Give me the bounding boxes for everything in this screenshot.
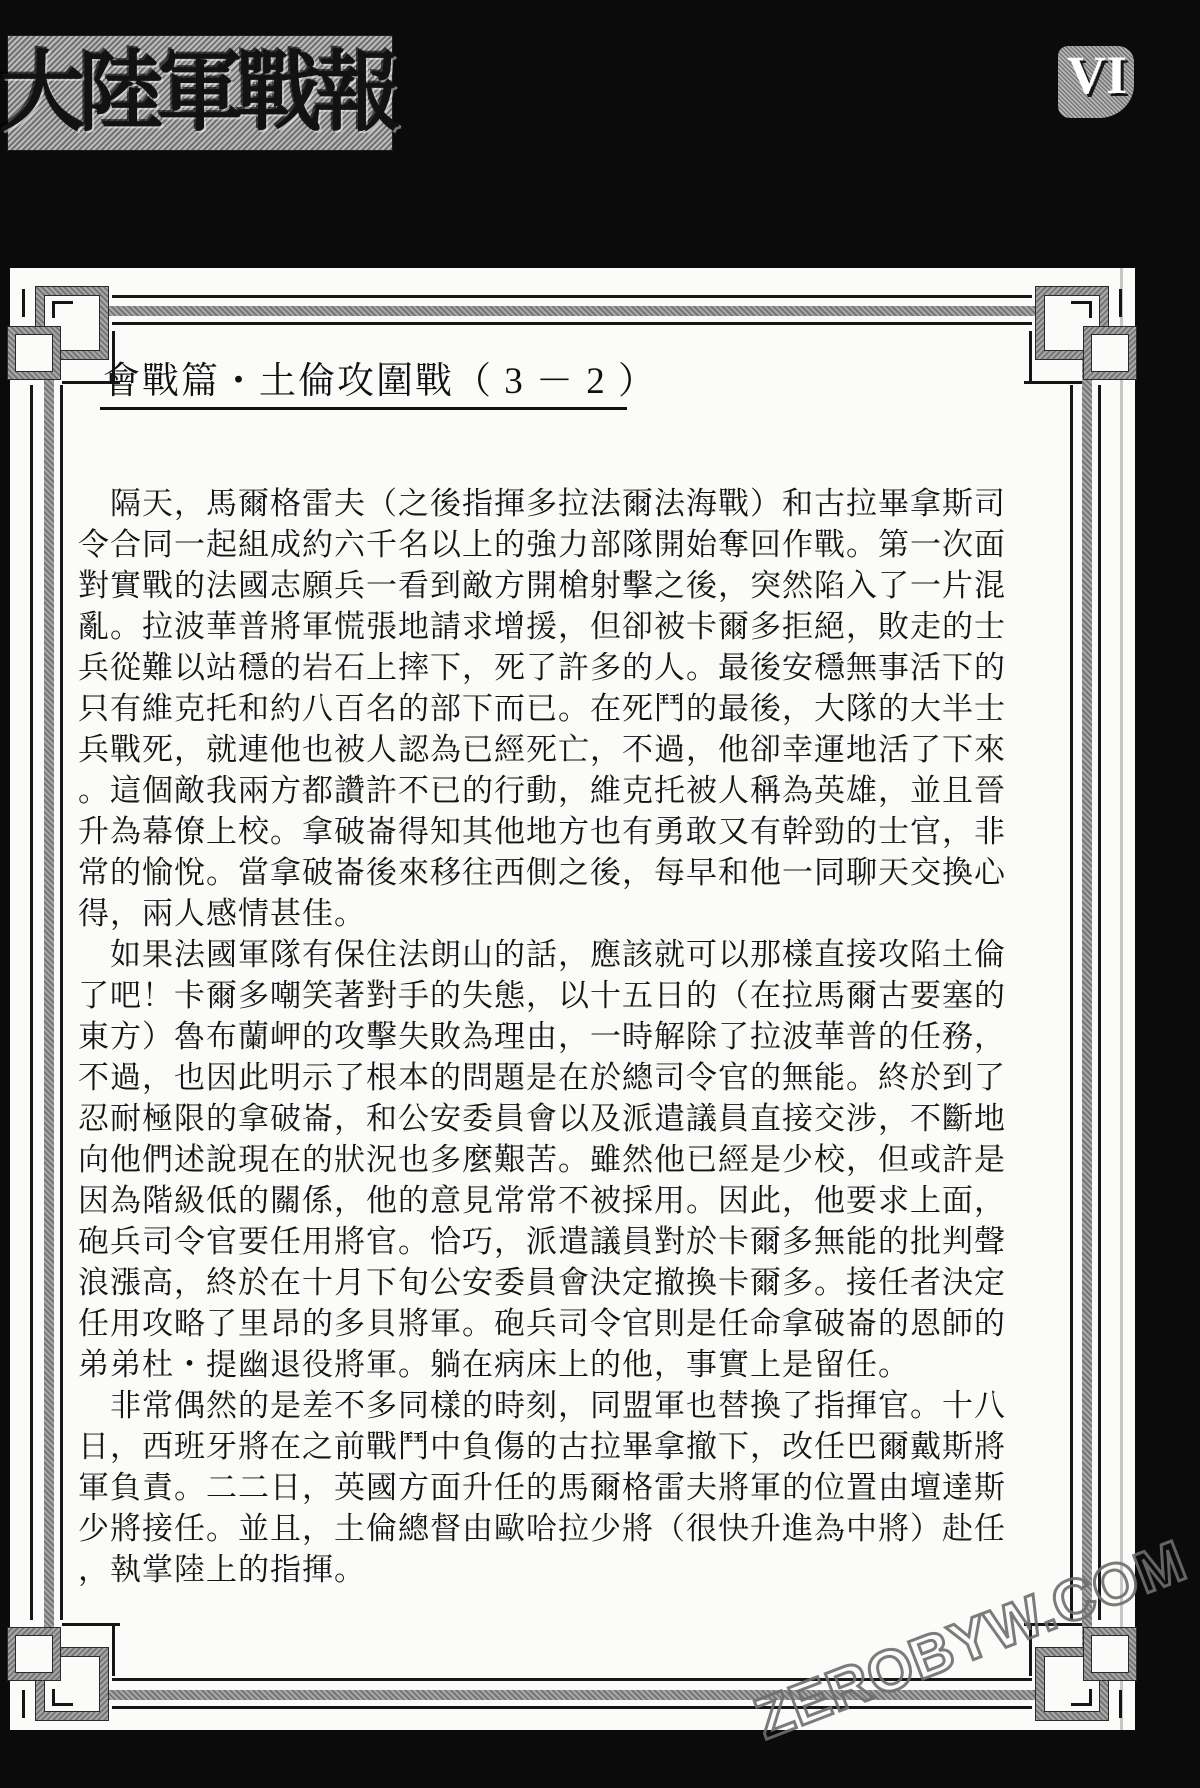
- text-line: 向他們述說現在的狀況也多麼艱苦。雖然他已經是少校，但或許是: [78, 1139, 1014, 1180]
- frame-line: [112, 295, 1032, 298]
- text-line: 如果法國軍隊有保住法朗山的話，應該就可以那樣直接攻陷土倫: [78, 934, 1014, 975]
- section-heading-underline: [100, 407, 627, 410]
- text-line: 日，西班牙將在之前戰鬥中負傷的古拉畢拿撤下，改任巴爾戴斯將: [78, 1426, 1014, 1467]
- text-line: 得，兩人感情甚佳。: [78, 893, 1014, 934]
- text-line: ，執掌陸上的指揮。: [78, 1549, 1014, 1590]
- text-line: 非常偶然的是差不多同樣的時刻，同盟軍也替換了指揮官。十八: [78, 1385, 1014, 1426]
- corner-ornament-top-right: [1036, 285, 1136, 379]
- page-number-badge: VI: [1058, 46, 1134, 118]
- book-title-banner: 大陸軍戰報: [8, 36, 392, 150]
- frame-line: [44, 330, 54, 1670]
- frame-line: [1070, 385, 1073, 1620]
- text-line: 浪漲高，終於在十月下旬公安委員會決定撤換卡爾多。接任者決定: [78, 1262, 1014, 1303]
- page-number: VI: [1067, 44, 1127, 106]
- text-line: 任用攻略了里昂的多貝將軍。砲兵司令官則是任命拿破崙的恩師的: [78, 1303, 1014, 1344]
- text-line: 因為階級低的關係，他的意見常常不被採用。因此，他要求上面，: [78, 1180, 1014, 1221]
- text-line: 對實戰的法國志願兵一看到敵方開槍射擊之後，突然陷入了一片混: [78, 565, 1014, 606]
- scanned-page-canvas: 大陸軍戰報 VI: [0, 0, 1200, 1788]
- frame-line: [100, 306, 1046, 316]
- frame-line: [112, 1706, 1032, 1709]
- page-edge-shadow: [1120, 268, 1123, 1730]
- text-line: 弟弟杜・提幽退役將軍。躺在病床上的他，事實上是留任。: [78, 1344, 1014, 1385]
- frame-line: [112, 322, 1032, 325]
- text-line: 兵戰死，就連他也被人認為已經死亡，不過，他卻幸運地活了下來: [78, 729, 1014, 770]
- section-heading: 會戰篇・土倫攻圍戰（ 3 － 2 ）: [103, 350, 657, 404]
- frame-line: [30, 385, 33, 1620]
- frame-line: [60, 385, 63, 1620]
- book-title: 大陸軍戰報: [0, 49, 401, 137]
- text-line: 常的愉悅。當拿破崙後來移往西側之後，每早和他一同聊天交換心: [78, 852, 1014, 893]
- text-line: 忍耐極限的拿破崙，和公安委員會以及派遣議員直接交涉，不斷地: [78, 1098, 1014, 1139]
- frame-line: [1098, 385, 1101, 1620]
- text-line: 只有維克托和約八百名的部下而已。在死鬥的最後，大隊的大半士: [78, 688, 1014, 729]
- text-line: 東方）魯布蘭岬的攻擊失敗為理由，一時解除了拉波華普的任務，: [78, 1016, 1014, 1057]
- text-line: 隔天，馬爾格雷夫（之後指揮多拉法爾法海戰）和古拉畢拿斯司: [78, 483, 1014, 524]
- text-line: 令合同一起組成約六千名以上的強力部隊開始奪回作戰。第一次面: [78, 524, 1014, 565]
- frame-line: [1082, 330, 1092, 1670]
- text-line: 兵從難以站穩的岩石上摔下，死了許多的人。最後安穩無事活下的: [78, 647, 1014, 688]
- corner-ornament-top-left: [8, 285, 108, 379]
- text-line: 升為幕僚上校。拿破崙得知其他地方也有勇敢又有幹勁的士官，非: [78, 811, 1014, 852]
- text-line: 少將接任。並且，土倫總督由歐哈拉少將（很快升進為中將）赴任: [78, 1508, 1014, 1549]
- text-line: 亂。拉波華普將軍慌張地請求增援，但卻被卡爾多拒絕，敗走的士: [78, 606, 1014, 647]
- text-line: 軍負責。二二日，英國方面升任的馬爾格雷夫將軍的位置由壇達斯: [78, 1467, 1014, 1508]
- text-line: 。這個敵我兩方都讚許不已的行動，維克托被人稱為英雄，並且晉: [78, 770, 1014, 811]
- text-line: 砲兵司令官要任用將官。恰巧，派遣議員對於卡爾多無能的批判聲: [78, 1221, 1014, 1262]
- text-line: 了吧！卡爾多嘲笑著對手的失態，以十五日的（在拉馬爾古要塞的: [78, 975, 1014, 1016]
- corner-ornament-bottom-left: [8, 1628, 108, 1722]
- text-line: 不過，也因此明示了根本的問題是在於總司令官的無能。終於到了: [78, 1057, 1014, 1098]
- article-body: 隔天，馬爾格雷夫（之後指揮多拉法爾法海戰）和古拉畢拿斯司 令合同一起組成約六千名…: [78, 483, 1014, 1590]
